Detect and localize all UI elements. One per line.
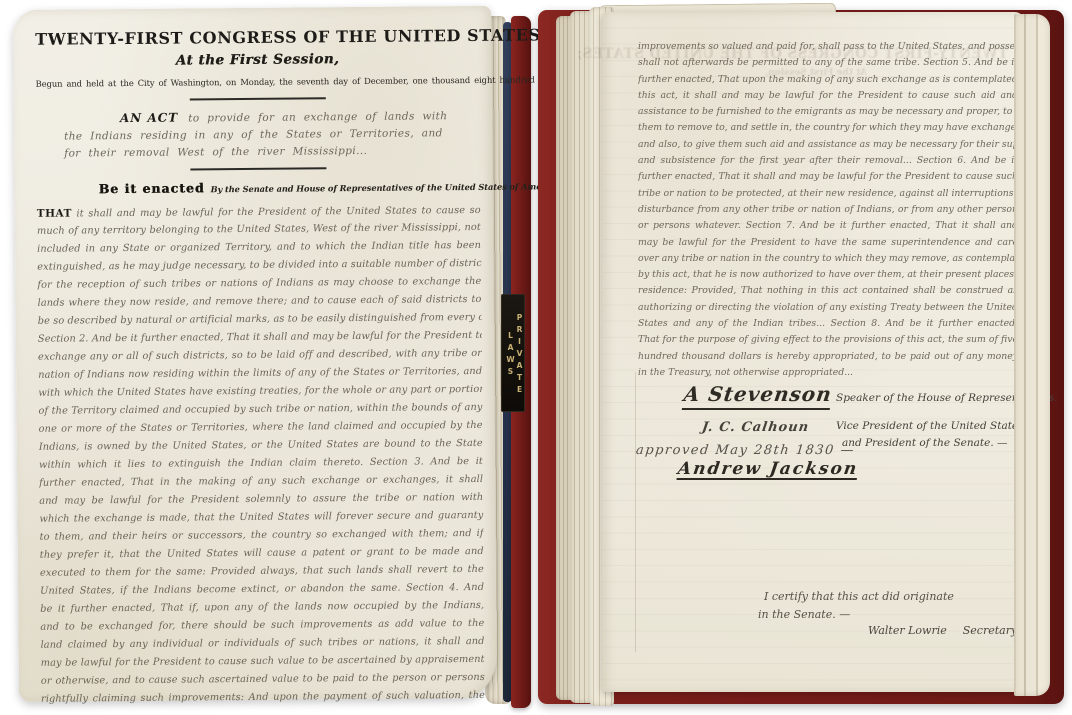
manuscript-line: improvements so valued and paid for, sha… xyxy=(638,39,1018,55)
manuscript-line: over any tribe or nation in the country … xyxy=(638,251,1018,267)
that-word: THAT xyxy=(37,207,72,219)
president-of-senate-title: and President of the Senate. — xyxy=(842,437,1008,449)
secretary-name: Walter Lowrie xyxy=(868,624,947,637)
enacting-clause: Be it enactedBy the Senate and House of … xyxy=(98,175,480,197)
right-page: TWENTY-FIRST CONGRESS OF THE UNITED STAT… xyxy=(536,0,1072,715)
manuscript-lines-left: much of any territory belonging to the U… xyxy=(37,219,485,709)
private-laws-spine-label: PRIVATE LAWS xyxy=(501,294,525,412)
left-page: TWENTY-FIRST CONGRESS OF THE UNITED STAT… xyxy=(0,0,540,715)
stevenson-signature: A Stevenson xyxy=(682,382,833,406)
manuscript-line: or persons whatever. Section 7. And be i… xyxy=(638,218,1018,234)
manuscript-line: assistance to be furnished to the emigra… xyxy=(638,104,1018,120)
congress-title: TWENTY-FIRST CONGRESS OF THE UNITED STAT… xyxy=(35,26,479,49)
manuscript-line: may be lawful for the President to have … xyxy=(638,235,1018,251)
secretary-signature: Walter LowrieSecretary. — xyxy=(868,624,1034,637)
approval-date: approved May 28th 1830 — xyxy=(635,443,856,458)
manuscript-line: shall not afterwards be permitted to any… xyxy=(638,55,1018,71)
manuscript-line: States and any of the Indian tribes... S… xyxy=(638,316,1018,332)
certification-line: in the Senate. — xyxy=(758,608,850,621)
manuscript-line: That for the purpose of giving effect to… xyxy=(638,332,1018,348)
manuscript-line: by this act, that he is now authorized t… xyxy=(638,267,1018,283)
session-preamble: Begun and held at the City of Washington… xyxy=(36,75,480,89)
calhoun-signature: J. C. Calhoun xyxy=(701,420,810,435)
right-page-fore-edge xyxy=(1014,14,1050,696)
vice-president-title: Vice President of the United States, xyxy=(836,420,1027,432)
line-text: it shall and may be lawful for the Presi… xyxy=(76,205,480,220)
manuscript-line: further enacted, That it shall and may b… xyxy=(638,169,1018,185)
be-it-enacted-lead: Be it enacted xyxy=(98,180,204,196)
act-title-paragraph: AN ACTto provide for an exchange of land… xyxy=(64,107,466,163)
two-page-book-spread: TWENTY-FIRST CONGRESS OF THE UNITED STAT… xyxy=(0,0,1072,715)
manuscript-line: authorizing or directing the violation o… xyxy=(638,300,1018,316)
manuscript-lines-right: improvements so valued and paid for, sha… xyxy=(638,39,1018,381)
manuscript-line: residence: Provided, That nothing in thi… xyxy=(638,283,1018,299)
manuscript-line: tribe or nation to be protected, at thei… xyxy=(638,186,1018,202)
certification-line: I certify that this act did originate xyxy=(764,590,954,603)
manuscript-line: and also, to give them such aid and assi… xyxy=(638,137,1018,153)
manuscript-line: in the Treasury, not otherwise appropria… xyxy=(638,365,1018,381)
manuscript-line: rightfully claiming such improvements: A… xyxy=(41,687,485,709)
left-page-paper: TWENTY-FIRST CONGRESS OF THE UNITED STAT… xyxy=(13,6,497,702)
an-act-label: AN ACT xyxy=(120,111,178,126)
manuscript-line: this act, it shall and may be lawful for… xyxy=(638,88,1018,104)
manuscript-line: hundred thousand dollars is hereby appro… xyxy=(638,349,1018,365)
divider-rule xyxy=(190,167,326,170)
manuscript-line: and subsistence for the first year after… xyxy=(638,153,1018,169)
manuscript-text-left: THAT it shall and may be lawful for the … xyxy=(37,201,485,709)
manuscript-line: further enacted, That upon the making of… xyxy=(638,72,1018,88)
jackson-signature: Andrew Jackson xyxy=(677,459,860,479)
session-title: At the First Session, xyxy=(35,50,479,70)
right-page-paper: TWENTY-FIRST CONGRESS OF THE UNITED STAT… xyxy=(602,12,1026,692)
margin-rule xyxy=(635,372,636,652)
manuscript-line: them to remove to, and settle in, the co… xyxy=(638,120,1018,136)
manuscript-line: disturbance from any other tribe or nati… xyxy=(638,202,1018,218)
divider-rule xyxy=(190,97,326,100)
